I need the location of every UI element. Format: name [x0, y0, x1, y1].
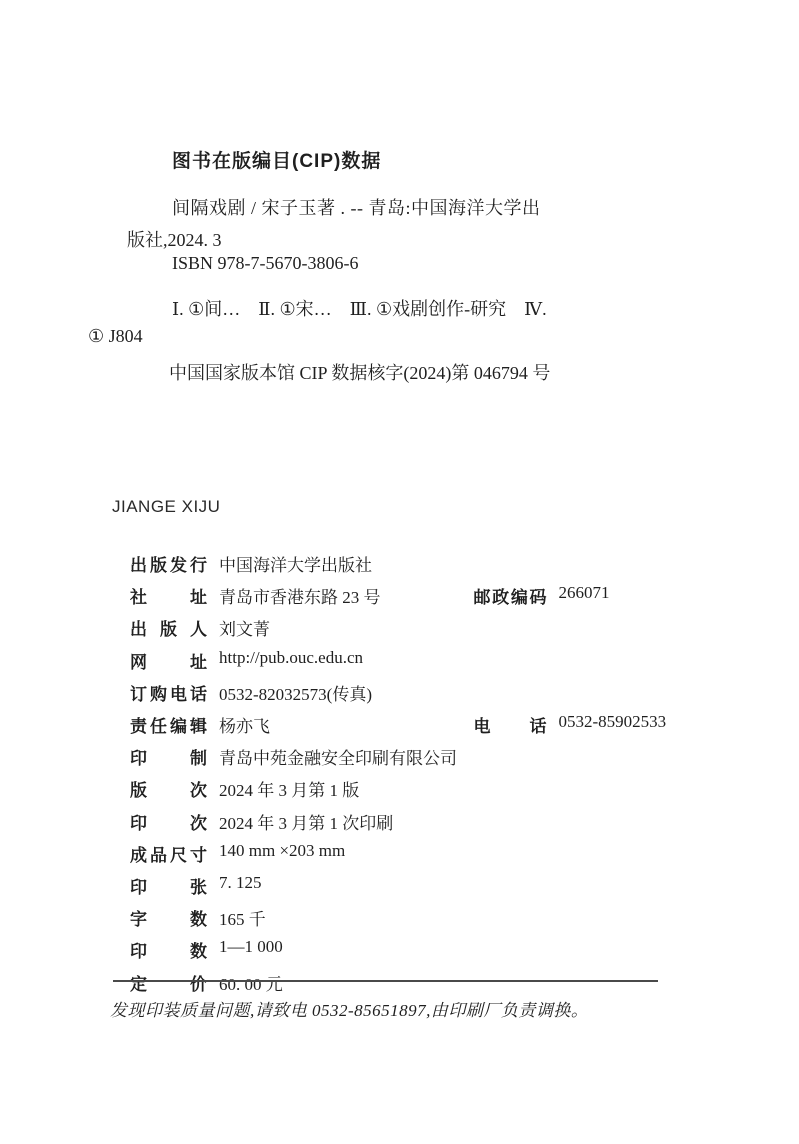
colophon-row: 责任编辑杨亦飞 电话0532-85902533: [113, 692, 753, 718]
cip-record-line1: 间隔戏剧 / 宋子玉著 . -- 青岛:中国海洋大学出: [172, 194, 541, 220]
footer-divider: [113, 980, 658, 982]
colophon-row-value: 60. 00 元: [219, 970, 283, 995]
colophon-row: 字数165 千: [113, 885, 753, 911]
colophon-row-label: 定价: [130, 970, 207, 995]
colophon-row: 成品尺寸140 mm ×203 mm: [113, 821, 753, 847]
colophon-row: 印制青岛中苑金融安全印刷有限公司: [113, 724, 753, 750]
colophon-row: 网址http://pub.ouc.edu.cn: [113, 628, 753, 654]
romanized-title: JIANGE XIJU: [112, 497, 220, 517]
print-quality-note: 发现印装质量问题,请致电 0532-85651897,由印刷厂负责调换。: [110, 996, 588, 1021]
colophon-row: 社址青岛市香港东路 23 号 邮政编码266071: [113, 563, 753, 589]
colophon-row: 出版发行中国海洋大学出版社: [113, 531, 753, 557]
cip-record-line2: 版社,2024. 3: [127, 226, 222, 252]
colophon-row: 印张7. 125: [113, 853, 753, 879]
isbn: ISBN 978-7-5670-3806-6: [172, 253, 359, 274]
colophon-row: 出版人刘文菁: [113, 595, 753, 621]
colophon-row: 定价60. 00 元: [113, 950, 753, 976]
colophon-row: 印数1—1 000: [113, 917, 753, 943]
cip-heading: 图书在版编目(CIP)数据: [172, 146, 381, 173]
colophon-row: 版次2024 年 3 月第 1 版: [113, 756, 753, 782]
cip-registry-number: 中国国家版本馆 CIP 数据核字(2024)第 046794 号: [169, 359, 550, 385]
colophon-row: 印次2024 年 3 月第 1 次印刷: [113, 789, 753, 815]
cip-classification-line2: ① J804: [88, 326, 143, 347]
cip-classification-line1: Ⅰ. ①间… Ⅱ. ①宋… Ⅲ. ①戏剧创作-研究 Ⅳ.: [172, 295, 547, 321]
book-copyright-page: 图书在版编目(CIP)数据 间隔戏剧 / 宋子玉著 . -- 青岛:中国海洋大学…: [0, 0, 799, 1144]
colophon-row: 订购电话0532-82032573(传真): [113, 660, 753, 686]
